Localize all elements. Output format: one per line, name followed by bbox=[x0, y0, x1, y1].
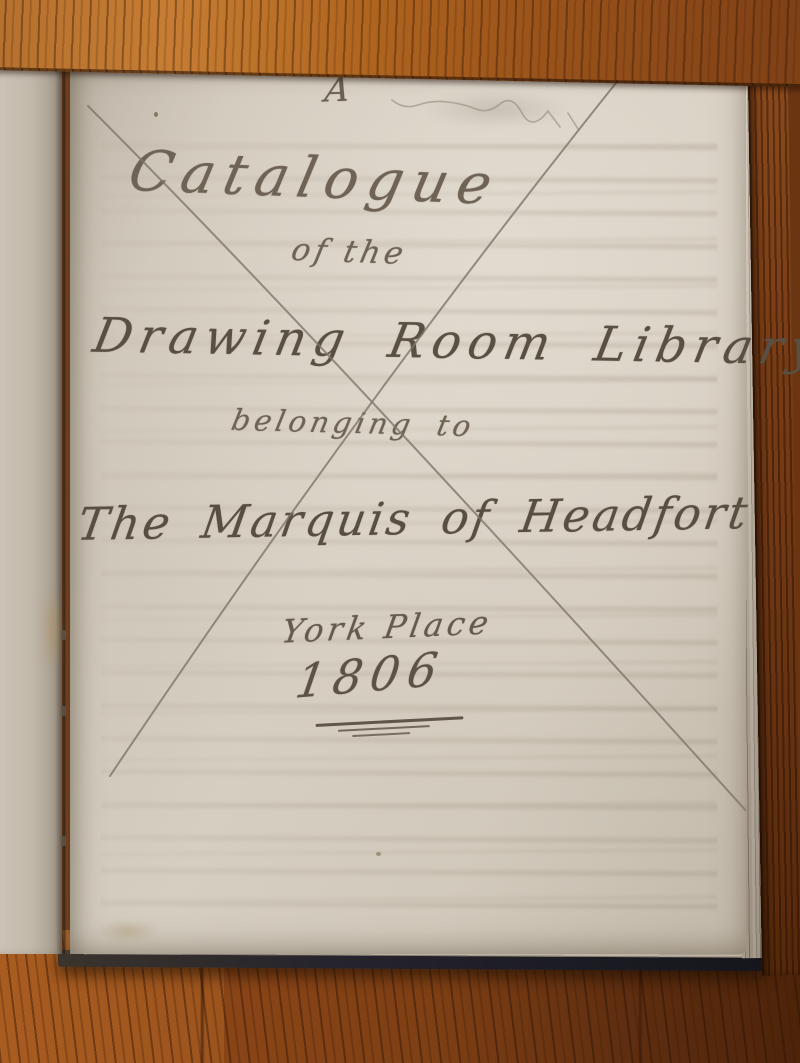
pencil-crossout-marks bbox=[70, 64, 746, 954]
photo-of-open-book: A Catalogue of the Drawing Room Library … bbox=[0, 0, 800, 1063]
stitch-mark bbox=[61, 630, 66, 640]
stitch-mark bbox=[61, 706, 66, 716]
left-page bbox=[0, 62, 62, 954]
pencil-scribble bbox=[392, 100, 578, 129]
stitch-mark bbox=[61, 836, 66, 846]
title-page: A Catalogue of the Drawing Room Library … bbox=[70, 64, 746, 954]
crossout-line-top-right-to-bottom-left bbox=[110, 78, 620, 776]
crossout-line-top-left-to-bottom-right bbox=[88, 106, 746, 813]
